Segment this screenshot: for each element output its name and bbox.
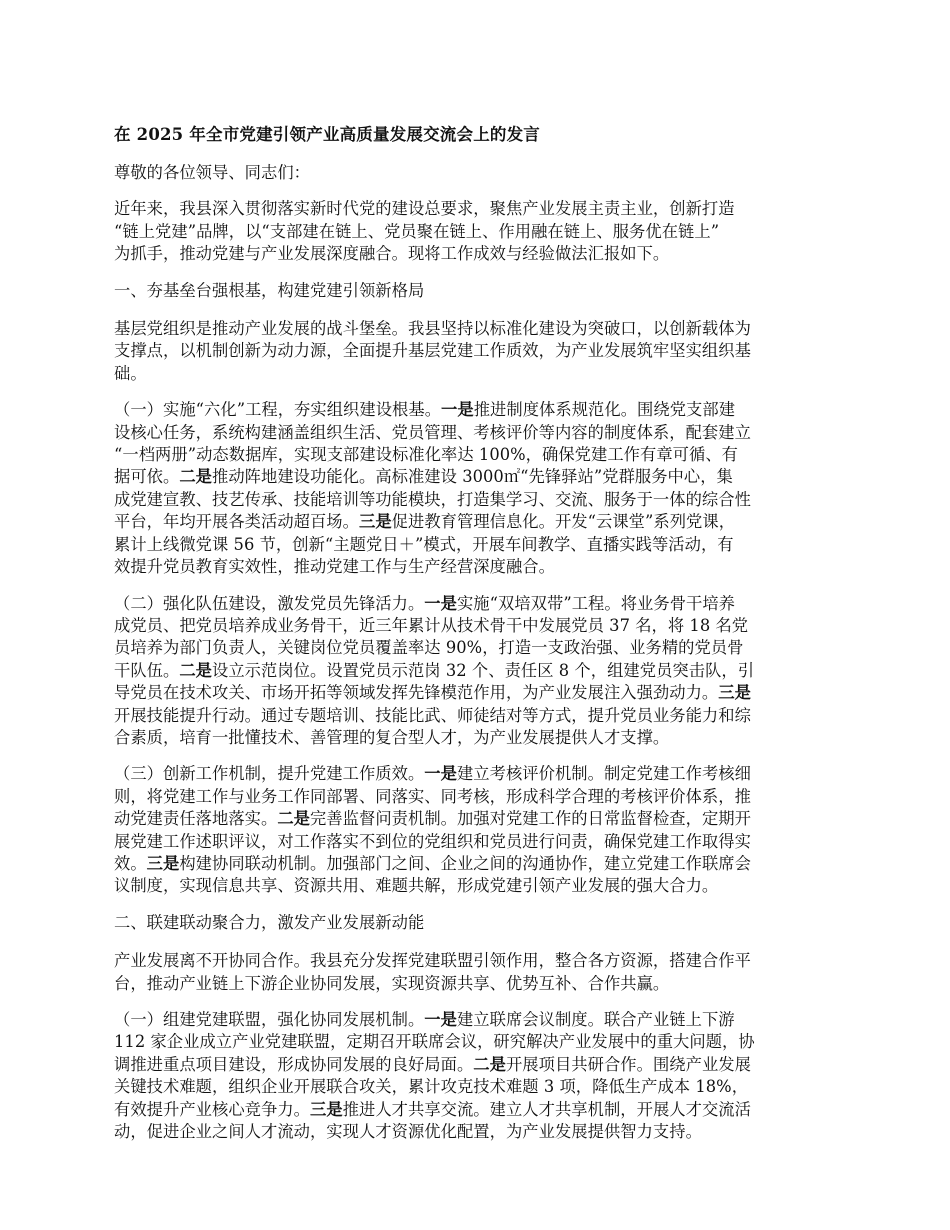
bold-lead-phrase: 二是 (473, 1055, 506, 1074)
bold-lead-phrase: 二是 (277, 809, 310, 828)
bold-lead-phrase: 一是 (441, 400, 474, 419)
text-run: 一、夯基垒台强根基，构建党建引领新格局 (114, 281, 424, 300)
text-run: （二）强化队伍建设，激发党员先锋活力。 (114, 594, 424, 613)
bold-lead-phrase: 三是 (718, 683, 751, 702)
text-run: 近年来，我县深入贯彻落实新时代党的建设总要求，聚焦产业发展主责主业，创新打造 “… (114, 199, 735, 263)
paragraph: 近年来，我县深入贯彻落实新时代党的建设总要求，聚焦产业发展主责主业，创新打造 “… (114, 198, 844, 265)
paragraph: （二）强化队伍建设，激发党员先锋活力。一是实施“双培双带”工程。将业务骨干培养 … (114, 593, 844, 750)
bold-lead-phrase: 一是 (424, 594, 457, 613)
paragraph: （一）实施“六化”工程，夯实组织建设根基。一是推进制度体系规范化。围绕党支部建 … (114, 399, 844, 578)
section-heading: 一、夯基垒台强根基，构建党建引领新格局 (114, 280, 844, 302)
bold-lead-phrase: 二是 (179, 661, 212, 680)
text-run: （一）组建党建联盟，强化协同发展机制。 (114, 1010, 424, 1029)
text-run: 开展技能提升行动。通过专题培训、技能比武、师徒结对等方式，提升党员业务能力和综 … (114, 706, 751, 747)
text-run: （三）创新工作机制，提升党建工作质效。 (114, 764, 424, 783)
text-run: 基层党组织是推动产业发展的战斗堡垒。我县坚持以标准化建设为突破口，以创新载体为 … (114, 319, 751, 383)
greeting: 尊敬的各位领导、同志们： (114, 162, 844, 184)
bold-lead-phrase: 三是 (147, 854, 180, 873)
paragraph: （三）创新工作机制，提升党建工作质效。一是建立考核评价机制。制定党建工作考核细 … (114, 763, 844, 897)
document-title: 在 2025 年全市党建引领产业高质量发展交流会上的发言 (114, 124, 844, 146)
paragraph: 基层党组织是推动产业发展的战斗堡垒。我县坚持以标准化建设为突破口，以创新载体为 … (114, 318, 844, 385)
bold-lead-phrase: 三是 (310, 1100, 343, 1119)
text-run: 构建协同联动机制。加强部门之间、企业之间的沟通协作，建立党建工作联席会 议制度，… (114, 854, 751, 895)
section-heading: 二、联建联动聚合力，激发产业发展新动能 (114, 912, 844, 934)
bold-lead-phrase: 一是 (424, 1010, 457, 1029)
paragraph: （一）组建党建联盟，强化协同发展机制。一是建立联席会议制度。联合产业链上下游 1… (114, 1009, 844, 1143)
bold-lead-phrase: 三是 (359, 512, 392, 531)
document-page: 在 2025 年全市党建引领产业高质量发展交流会上的发言 尊敬的各位领导、同志们… (114, 124, 844, 1157)
document-body: 近年来，我县深入贯彻落实新时代党的建设总要求，聚焦产业发展主责主业，创新打造 “… (114, 198, 844, 1143)
text-run: （一）实施“六化”工程，夯实组织建设根基。 (114, 400, 441, 419)
bold-lead-phrase: 一是 (424, 764, 457, 783)
paragraph: 产业发展离不开协同合作。我县充分发挥党建联盟引领作用，整合各方资源，搭建合作平 … (114, 950, 844, 995)
text-run: 产业发展离不开协同合作。我县充分发挥党建联盟引领作用，整合各方资源，搭建合作平 … (114, 951, 751, 992)
bold-lead-phrase: 二是 (179, 467, 212, 486)
text-run: 二、联建联动聚合力，激发产业发展新动能 (114, 913, 424, 932)
